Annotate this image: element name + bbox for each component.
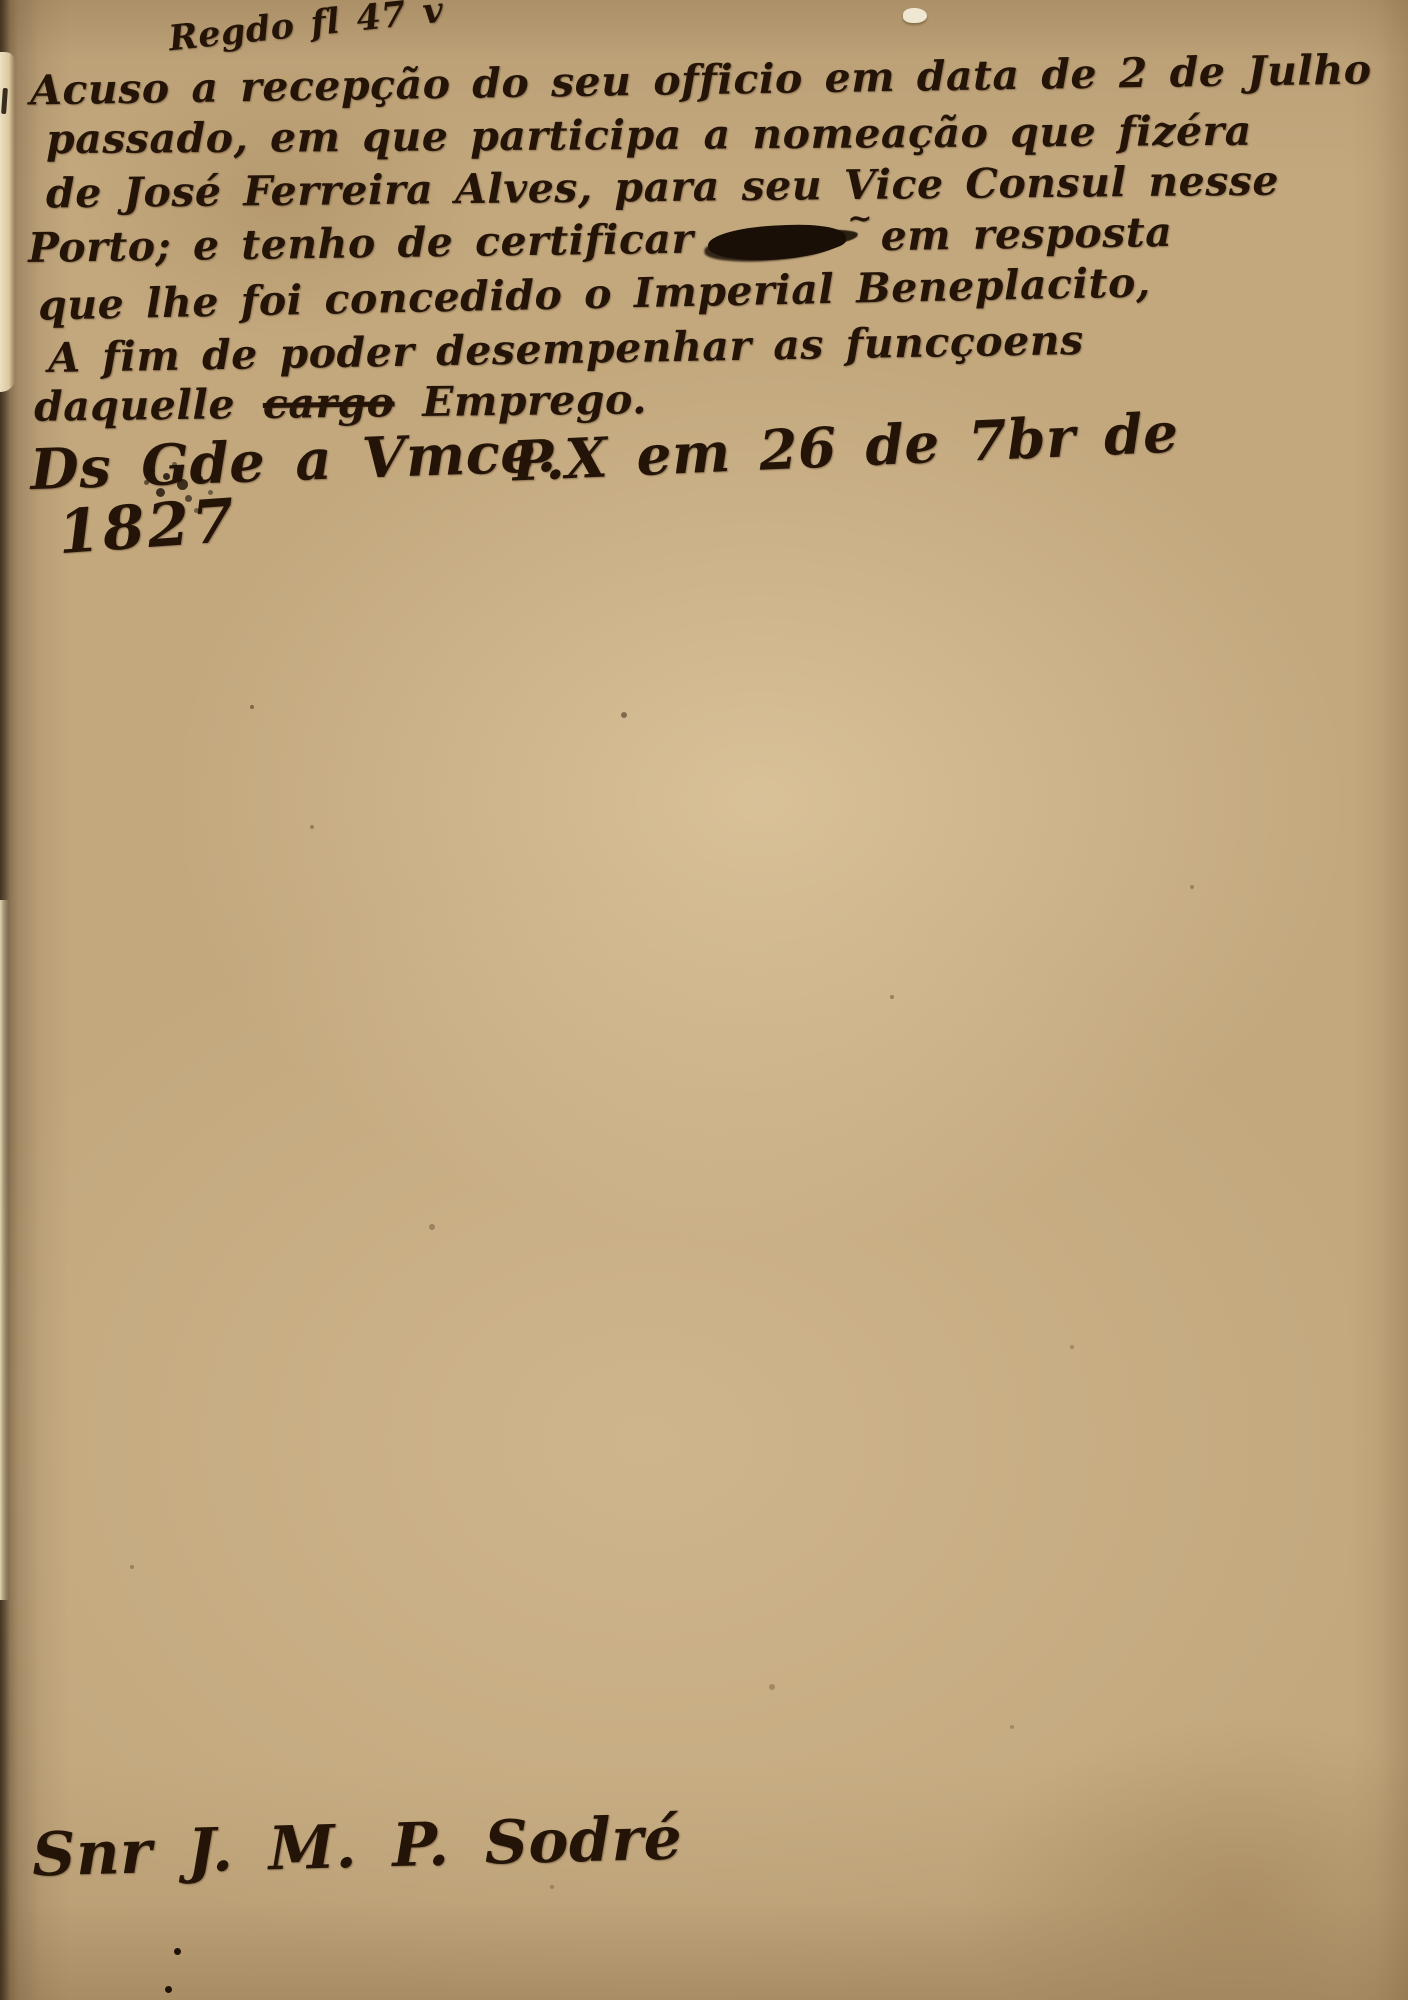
manuscript-page: Regdo fl 47 v Acuso a recepção do seu of… xyxy=(0,0,1408,2000)
line-4-text-after: em resposta xyxy=(880,208,1172,260)
manuscript-line-1: Acuso a recepção do seu officio em data … xyxy=(30,45,1372,114)
line-7-text-before: daquelle xyxy=(34,380,236,430)
line-4-text-before: Porto; e tenho de certificar xyxy=(28,215,694,272)
strikethrough-word: cargo xyxy=(263,378,395,428)
registry-annotation: Regdo fl 47 v xyxy=(167,0,446,59)
page-curl-lower xyxy=(0,900,9,1600)
closing-salutation: Ds Gde a Vmce. xyxy=(29,419,557,503)
paper-chip xyxy=(903,8,927,23)
line-7-text-after: Emprego. xyxy=(422,375,647,426)
foxing-specks xyxy=(250,705,254,709)
caret-squiggle: ~ xyxy=(847,201,873,236)
ink-spatter xyxy=(150,468,155,473)
closing-year: 1827 xyxy=(56,486,239,568)
manuscript-line-2: passado, em que participa a nomeação que… xyxy=(46,107,1252,163)
addressee-line: Snr J. M. P. Sodré xyxy=(31,1804,683,1891)
ink-blot-strikeout xyxy=(707,222,846,263)
ink-dots-below-addressee xyxy=(174,1948,181,1955)
